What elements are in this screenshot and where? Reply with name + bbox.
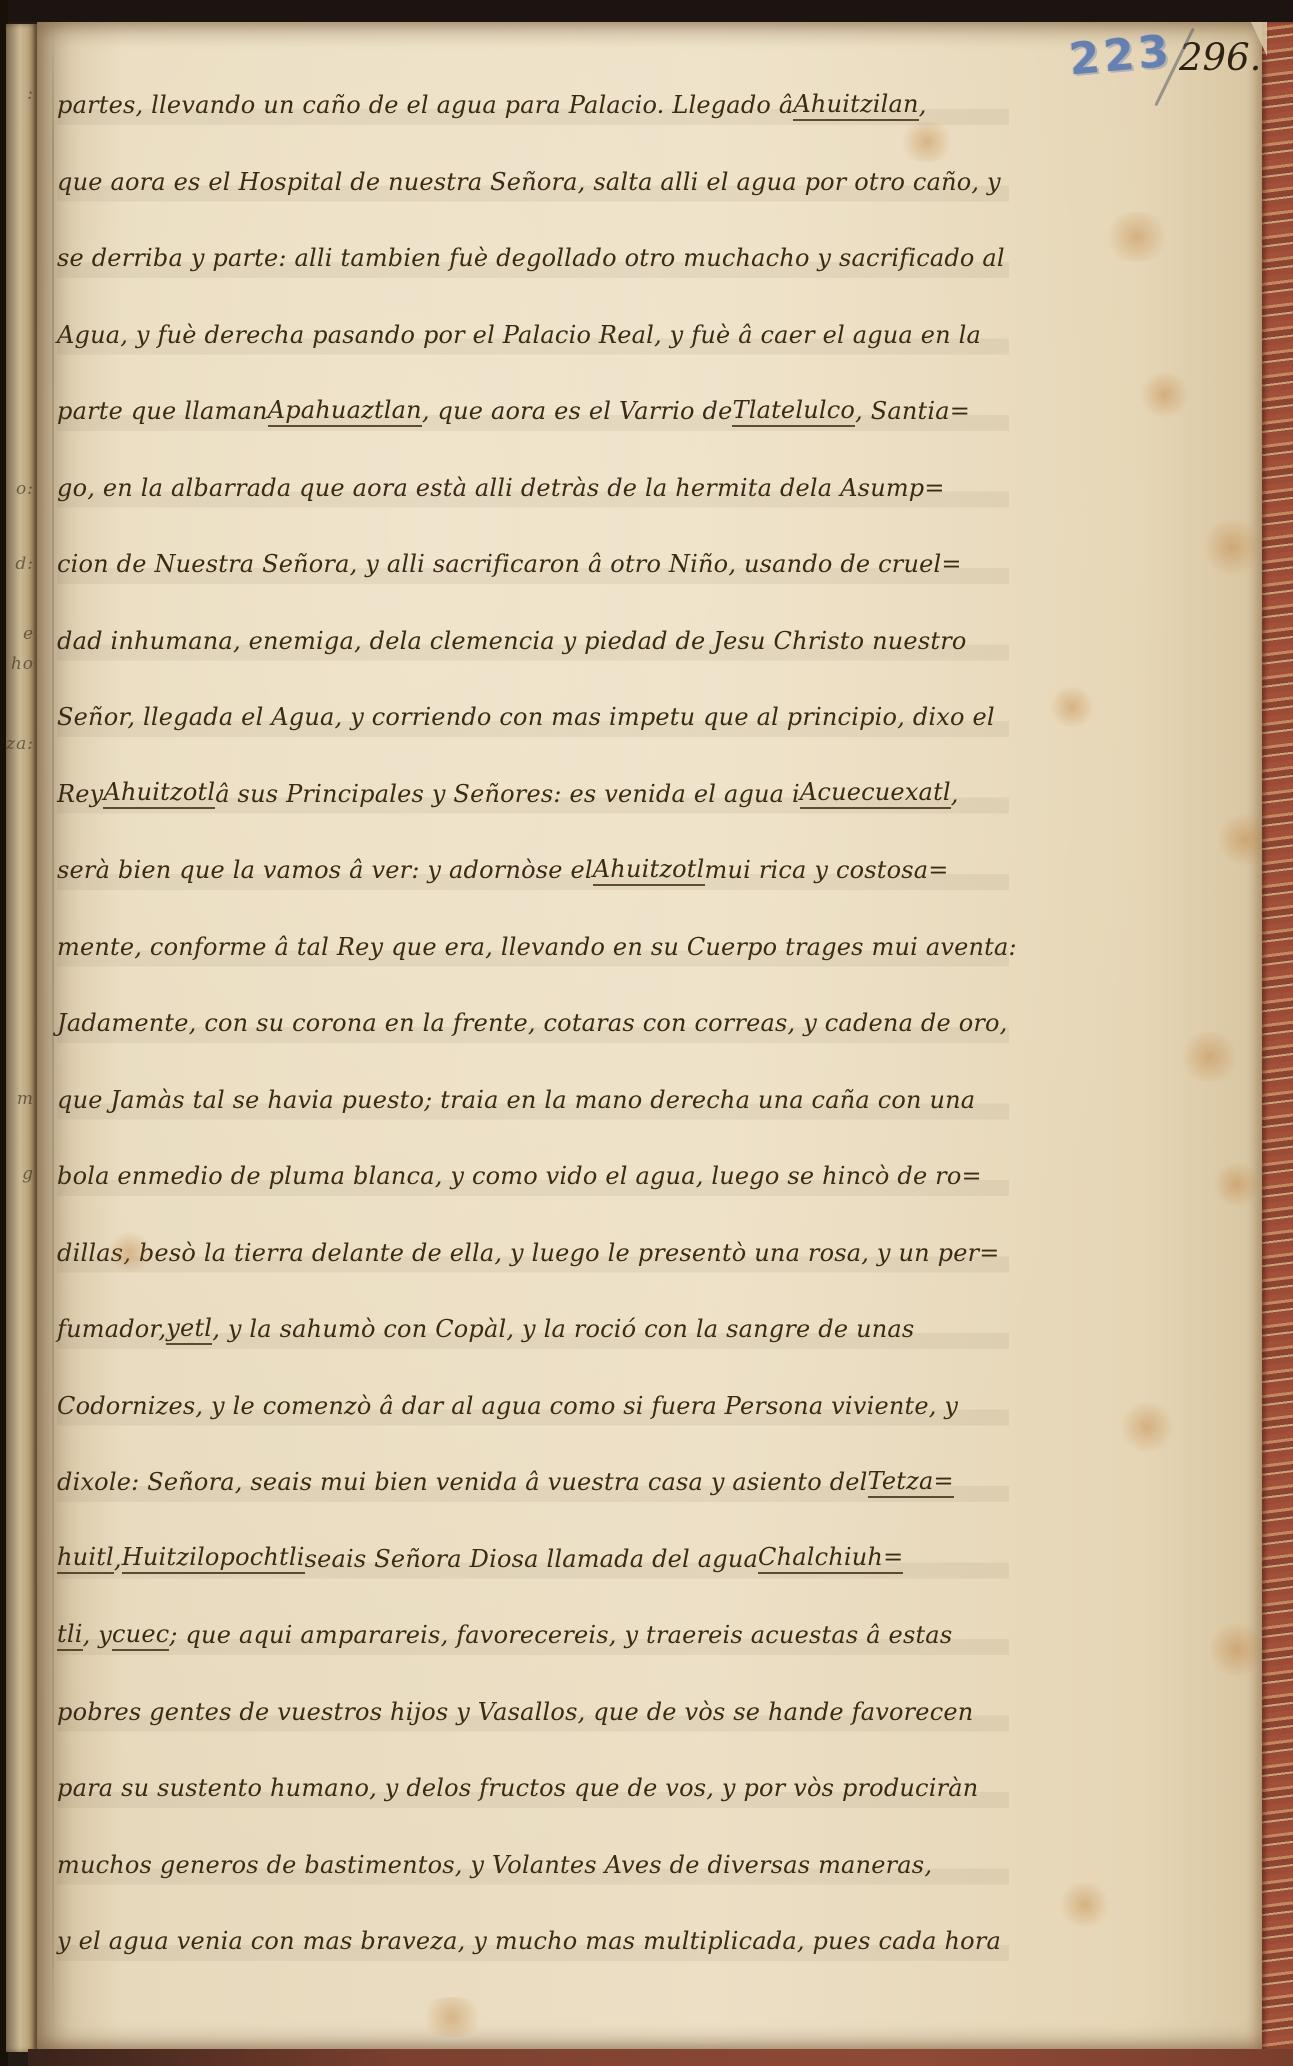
text-line: que aora es el Hospital de nuestra Señor… bbox=[57, 144, 1009, 221]
text-line: parte que llaman Apahuaztlan, que aora e… bbox=[57, 373, 1009, 450]
text-line: dillas, besò la tierra delante de ella, … bbox=[57, 1215, 1009, 1292]
text-line: Rey Ahuitzotl â sus Principales y Señore… bbox=[57, 756, 1009, 833]
foxing-spot bbox=[1212, 1162, 1262, 1207]
gutter-text-fragment: m bbox=[17, 1089, 34, 1109]
manuscript-page: 223 296. partes, llevando un caño de el … bbox=[37, 22, 1262, 2049]
book-fore-edge bbox=[1262, 22, 1293, 2066]
foxing-spot bbox=[897, 122, 957, 162]
text-line: serà bien que la vamos â ver: y adornòse… bbox=[57, 832, 1009, 909]
text-line: que Jamàs tal se havia puesto; traia en … bbox=[57, 1062, 1009, 1139]
underlined-word: Tetza= bbox=[868, 1467, 954, 1498]
text-line: y el agua venia con mas braveza, y mucho… bbox=[57, 1903, 1009, 1980]
underlined-word: Acuecuexatl bbox=[800, 778, 951, 809]
text-line: dad inhumana, enemiga, dela clemencia y … bbox=[57, 603, 1009, 680]
facing-page-edge: :o:d:ehoza:mg bbox=[6, 24, 37, 2052]
underlined-word: cuec bbox=[112, 1620, 169, 1651]
foxing-spot bbox=[1207, 1622, 1267, 1677]
text-line: se derriba y parte: alli tambien fuè deg… bbox=[57, 220, 1009, 297]
foxing-spot bbox=[107, 1232, 152, 1272]
foxing-spot bbox=[1047, 687, 1097, 727]
gutter-text-fragment: : bbox=[27, 84, 34, 104]
underlined-word: Chalchiuh= bbox=[758, 1543, 903, 1574]
text-line: Jadamente, con su corona en la frente, c… bbox=[57, 985, 1009, 1062]
gutter-text-fragment: ho bbox=[11, 654, 34, 674]
manuscript-text: partes, llevando un caño de el agua para… bbox=[57, 67, 1009, 1980]
text-line: bola enmedio de pluma blanca, y como vid… bbox=[57, 1138, 1009, 1215]
foxing-spot bbox=[417, 1997, 487, 2037]
text-line: cion de Nuestra Señora, y alli sacrifica… bbox=[57, 526, 1009, 603]
foxing-spot bbox=[1177, 1032, 1242, 1082]
text-line: go, en la albarrada que aora està alli d… bbox=[57, 450, 1009, 527]
text-line: mente, conforme â tal Rey que era, lleva… bbox=[57, 909, 1009, 986]
foxing-spot bbox=[1137, 372, 1192, 417]
text-line: para su sustento humano, y delos fructos… bbox=[57, 1750, 1009, 1827]
gutter-text-fragment: g bbox=[22, 1164, 34, 1184]
text-line: partes, llevando un caño de el agua para… bbox=[57, 67, 1009, 144]
text-line: muchos generos de bastimentos, y Volante… bbox=[57, 1827, 1009, 1904]
foxing-spot bbox=[1202, 517, 1262, 577]
manuscript-photo: { "folio": { "blue_number": "223", "ink_… bbox=[0, 0, 1293, 2066]
text-line: tli, y cuec; que aqui amparareis, favore… bbox=[57, 1597, 1009, 1674]
underlined-word: yetl bbox=[166, 1314, 212, 1345]
underlined-word: Ahuitzilan bbox=[793, 90, 918, 121]
underlined-word: Apahuaztlan bbox=[268, 396, 422, 427]
underlined-word: Ahuitzotl bbox=[593, 855, 705, 886]
foxing-spot bbox=[1057, 1882, 1112, 1927]
text-line: Agua, y fuè derecha pasando por el Palac… bbox=[57, 297, 1009, 374]
gutter-text-fragment: d: bbox=[15, 554, 34, 574]
text-line: pobres gentes de vuestros hijos y Vasall… bbox=[57, 1674, 1009, 1751]
foxing-spot bbox=[1102, 212, 1172, 262]
underlined-word: Ahuitzotl bbox=[103, 778, 215, 809]
book-top-edge bbox=[0, 0, 1293, 22]
text-line: huitl, Huitzilopochtli seais Señora Dios… bbox=[57, 1521, 1009, 1598]
underlined-word: huitl bbox=[57, 1543, 114, 1574]
page-corner bbox=[1251, 22, 1267, 56]
book-bottom-edge bbox=[28, 2049, 1293, 2066]
folio-number-ink: 296. bbox=[1179, 36, 1261, 79]
text-line: Señor, llegada el Agua, y corriendo con … bbox=[57, 679, 1009, 756]
gutter-text-fragment: e bbox=[23, 624, 34, 644]
foxing-spot bbox=[1117, 1402, 1177, 1452]
folio-number-blue: 223 bbox=[1067, 26, 1175, 86]
underlined-word: Huitzilopochtli bbox=[122, 1543, 305, 1574]
underlined-word: Tlatelulco bbox=[732, 396, 855, 427]
text-line: fumador, yetl, y la sahumò con Copàl, y … bbox=[57, 1291, 1009, 1368]
gutter-text-fragment: o: bbox=[16, 479, 34, 499]
text-line: dixole: Señora, seais mui bien venida â … bbox=[57, 1444, 1009, 1521]
underlined-word: tli bbox=[57, 1620, 83, 1651]
margin-crease bbox=[52, 22, 54, 2049]
text-line: Codornizes, y le comenzò â dar al agua c… bbox=[57, 1368, 1009, 1445]
gutter-text-fragment: za: bbox=[6, 734, 34, 754]
